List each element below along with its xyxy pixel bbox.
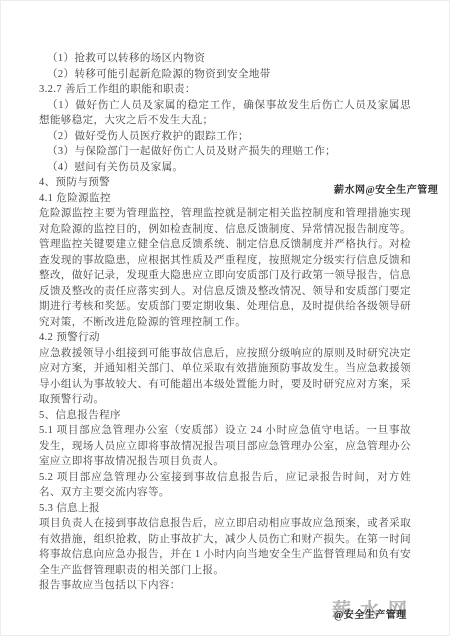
watermark-handle: @安全生产管理 [334,606,407,621]
document-page: （1）抢救可以转移的场区内物资（2）转移可能引起新危险源的物资到安全地带3.2.… [0,0,450,636]
paragraph: 4.2 预警行动 [39,330,411,346]
paragraph: 报告事故应当包括以下内容： [39,578,411,594]
paragraph: 危险源监控主要为管理监控，管理监控就是制定相关监控制度和管理措施实现对危险源的监… [39,206,411,330]
paragraph: （1）抢救可以转移的场区内物资 [39,51,411,67]
paragraph: 5.3 信息上报 [39,501,411,517]
paragraph: 5、信息报告程序 [39,408,411,424]
paragraph: （4）慰问有关伤员及家属。 [39,160,411,176]
paragraph: 5.2 项目部应急管理办公室接到事故信息报告后，应记录报告时间，对方姓名、双方主… [39,470,411,501]
paragraph: （2）转移可能引起新危险源的物资到安全地带 [39,67,411,83]
paragraph: 应急救援领导小组接到可能事故信息后，应按照分级响应的原则及时研究决定应对方案，并… [39,346,411,408]
watermark-mid: 薪水网@安全生产管理 [334,181,438,196]
document-body: （1）抢救可以转移的场区内物资（2）转移可能引起新危险源的物资到安全地带3.2.… [39,51,411,594]
paragraph: 项目负责人在接到事故信息报告后，应立即启动相应事故应急预案，或者采取有效措施，组… [39,516,411,578]
paragraph: 3.2.7 善后工作组的职能和职责： [39,82,411,98]
paragraph: （2）做好受伤人员医疗救护的跟踪工作； [39,129,411,145]
paragraph: （3）与保险部门一起做好伤亡人员及财产损失的理赔工作； [39,144,411,160]
watermark-bottom: 薪水网 @安全生产管理 [332,595,450,625]
paragraph: （1）做好伤亡人员及家属的稳定工作，确保事故发生后伤亡人员及家属思想能够稳定，大… [39,98,411,129]
paragraph: 5.1 项目部应急管理办公室（安质部）设立 24 小时应急值守电话。一旦事故发生… [39,423,411,470]
